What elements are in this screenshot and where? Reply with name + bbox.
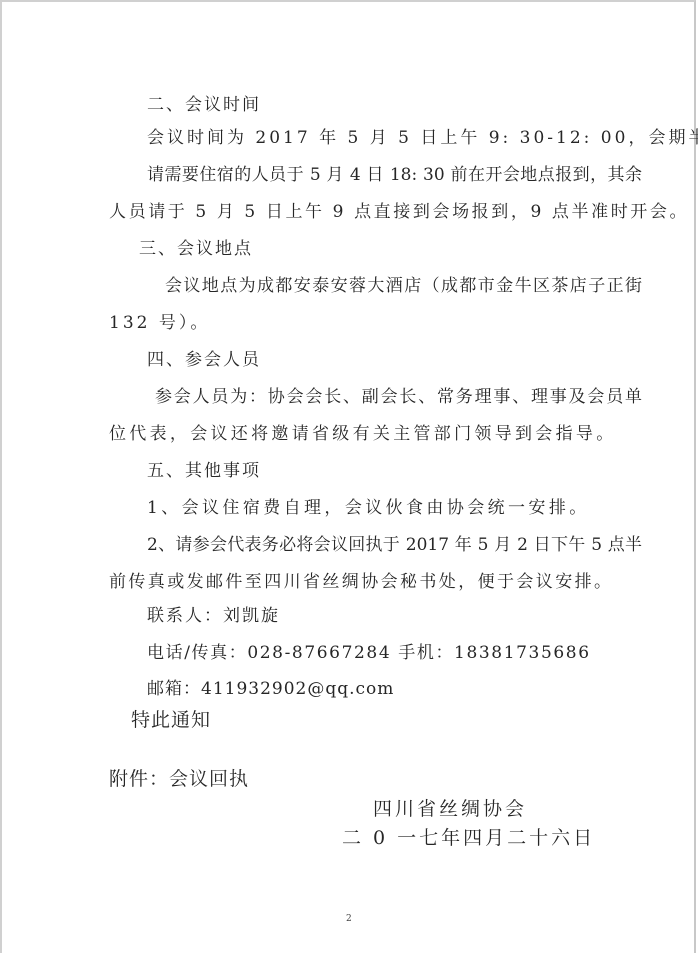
time-paragraph: 会议时间为 2017 年 5 月 5 日上午 9: 30-12: 00，会期半天… (147, 128, 698, 148)
other-item-2-line2: 前传真或发邮件至四川省丝绸协会秘书处，便于会议安排。 (109, 572, 613, 592)
signature-organization: 四川省丝绸协会 (373, 799, 527, 819)
contact-email: 邮箱：411932902@qq.com (147, 679, 394, 699)
signature-date: 二 0 一七年四月二十六日 (342, 828, 595, 848)
section-heading-attendees: 四、参会人员 (147, 350, 261, 370)
other-item-2-line1: 2、请参会代表务必将会议回执于 2017 年 5 月 2 日下午 5 点半 (147, 535, 642, 555)
section-heading-time: 二、会议时间 (147, 95, 261, 115)
contact-person: 联系人：刘凯旋 (147, 606, 280, 626)
section-heading-other: 五、其他事项 (147, 461, 261, 481)
location-paragraph-line1: 会议地点为成都安泰安蓉大酒店（成都市金牛区茶店子正街 (165, 276, 642, 296)
page-number: 2 (346, 914, 352, 924)
other-item-1: 1、会议住宿费自理，会议伙食由协会统一安排。 (147, 498, 590, 518)
attendees-paragraph-line2: 位代表，会议还将邀请省级有关主管部门领导到会指导。 (109, 424, 617, 444)
closing-text: 特此通知 (131, 710, 211, 730)
registration-paragraph-line2: 人员请于 5 月 5 日上午 9 点直接到会场报到，9 点半准时开会。 (109, 202, 689, 222)
attachment-label: 附件：会议回执 (109, 769, 249, 789)
location-paragraph-line2: 132 号）。 (109, 313, 210, 333)
registration-paragraph-line1: 请需要住宿的人员于 5 月 4 日 18: 30 前在开会地点报到，其余 (147, 165, 642, 185)
section-heading-location: 三、会议地点 (139, 239, 253, 259)
contact-phone: 电话/传真：028-87667284 手机：18381735686 (147, 643, 591, 663)
attendees-paragraph-line1: 参会人员为：协会会长、副会长、常务理事、理事及会员单 (155, 387, 642, 407)
document-page: 二、会议时间 会议时间为 2017 年 5 月 5 日上午 9: 30-12: … (0, 0, 696, 953)
